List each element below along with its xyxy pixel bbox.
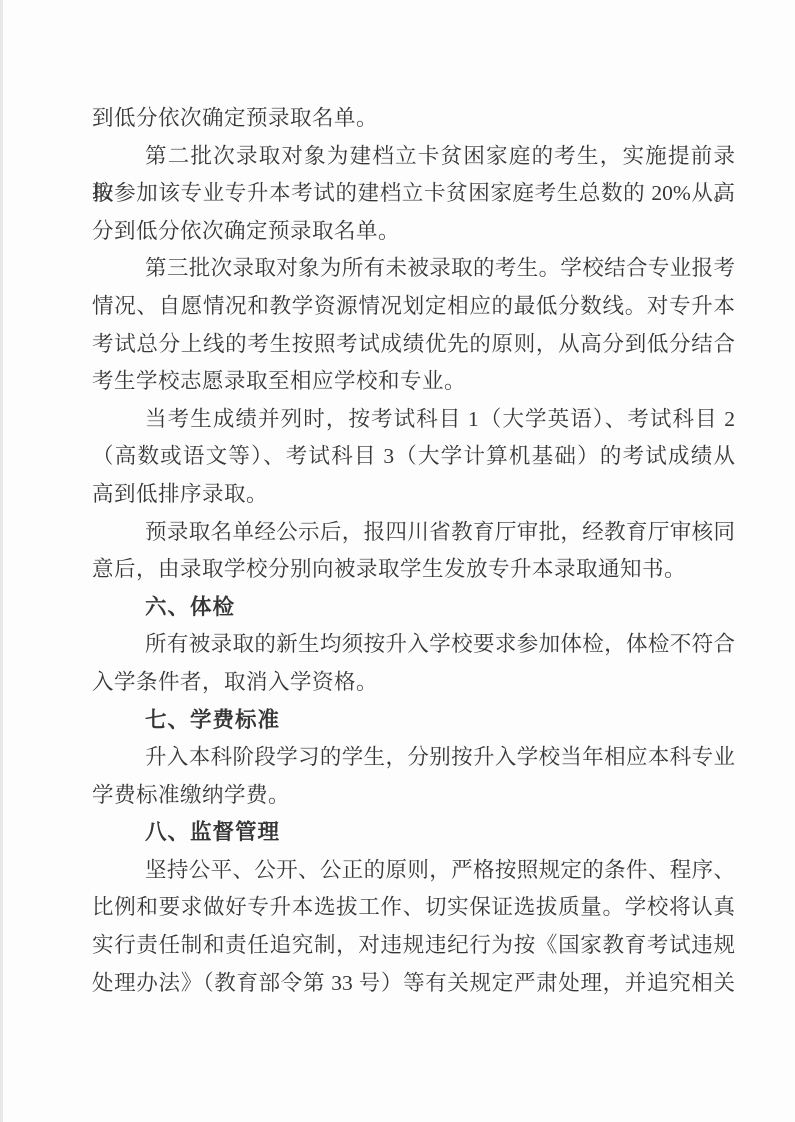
text-line: 按参加该专业专升本考试的建档立卡贫困家庭考生总数的 20%从高	[92, 175, 735, 213]
text-line: 第三批次录取对象为所有未被录取的考生。学校结合专业报考	[92, 250, 735, 288]
section-heading: 六、体检	[92, 589, 735, 627]
text-line: 学费标准缴纳学费。	[92, 777, 735, 815]
text-line: 高到低排序录取。	[92, 476, 735, 514]
text-line: 升入本科阶段学习的学生，分别按升入学校当年相应本科专业	[92, 739, 735, 777]
text-line: 当考生成绩并列时，按考试科目 1（大学英语）、考试科目 2	[92, 401, 735, 439]
section-heading: 七、学费标准	[92, 702, 735, 740]
section-heading: 八、监督管理	[92, 814, 735, 852]
text-line: 意后，由录取学校分别向被录取学生发放专升本录取通知书。	[92, 551, 735, 589]
page-edge-shadow	[0, 0, 3, 1122]
document-page: 到低分依次确定预录取名单。第二批次录取对象为建档立卡贫困家庭的考生，实施提前录取…	[0, 0, 795, 1122]
text-line: 实行责任制和责任追究制，对违规违纪行为按《国家教育考试违规	[92, 927, 735, 965]
text-line: 所有被录取的新生均须按升入学校要求参加体检，体检不符合	[92, 626, 735, 664]
text-line: 分到低分依次确定预录取名单。	[92, 213, 735, 251]
text-line: 情况、自愿情况和教学资源情况划定相应的最低分数线。对专升本	[92, 288, 735, 326]
text-line: （高数或语文等）、考试科目 3（大学计算机基础）的考试成绩从	[92, 438, 735, 476]
text-line: 考生学校志愿录取至相应学校和专业。	[92, 363, 735, 401]
text-line: 处理办法》（教育部令第 33 号）等有关规定严肃处理，并追究相关	[92, 965, 735, 1003]
text-line: 比例和要求做好专升本选拔工作、切实保证选拔质量。学校将认真	[92, 889, 735, 927]
text-line: 预录取名单经公示后，报四川省教育厅审批，经教育厅审核同	[92, 514, 735, 552]
text-line: 入学条件者，取消入学资格。	[92, 664, 735, 702]
document-body: 到低分依次确定预录取名单。第二批次录取对象为建档立卡贫困家庭的考生，实施提前录取…	[92, 100, 735, 1002]
text-line: 到低分依次确定预录取名单。	[92, 100, 735, 138]
text-line: 坚持公平、公开、公正的原则，严格按照规定的条件、程序、	[92, 852, 735, 890]
text-line: 第二批次录取对象为建档立卡贫困家庭的考生，实施提前录取。	[92, 138, 735, 176]
text-line: 考试总分上线的考生按照考试成绩优先的原则，从高分到低分结合	[92, 326, 735, 364]
